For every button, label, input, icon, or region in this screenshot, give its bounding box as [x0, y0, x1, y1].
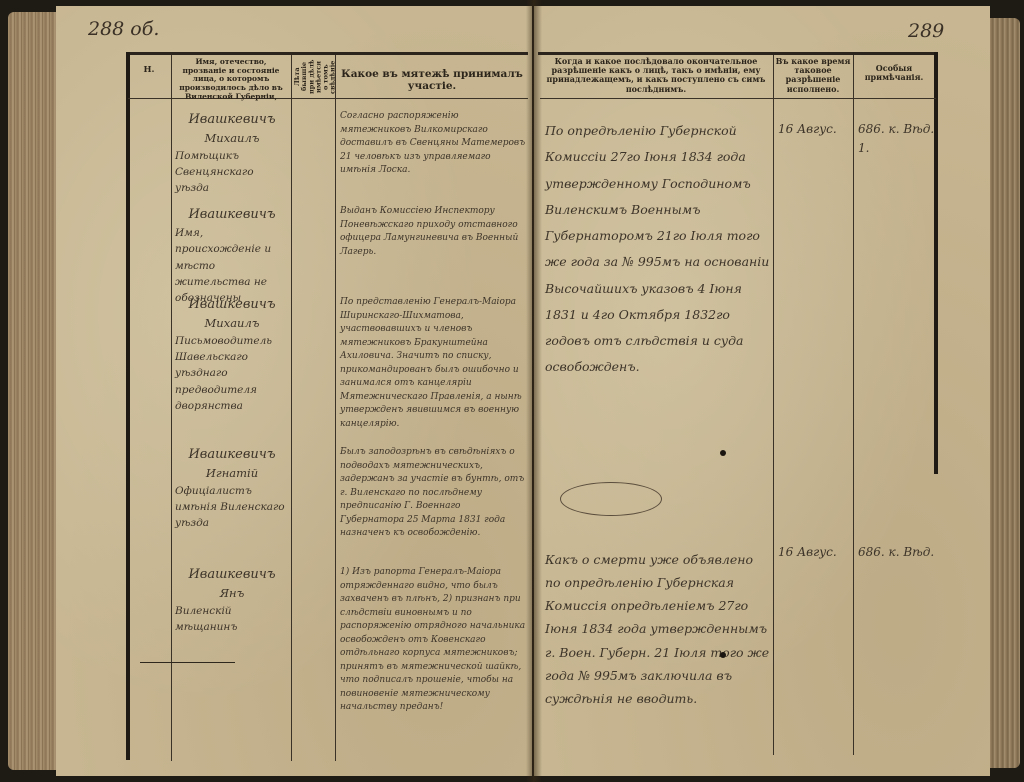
entry-2-surname: Ивашкевичъ	[175, 205, 289, 225]
header-number: Н.	[130, 66, 168, 76]
entry-5-surname: Ивашкевичъ	[175, 565, 289, 585]
right-table-top-rule	[538, 52, 938, 55]
header-resolution: Когда и какое послѣдовало окончательное …	[540, 57, 772, 94]
left-col-divider-2	[291, 55, 292, 761]
right-col-divider-1	[773, 55, 774, 755]
header-executed: Въ какое время таковое разрѣшеніе исполн…	[775, 57, 851, 94]
notes-entry-2: 686. к. Вѣд.	[858, 543, 948, 562]
entry-1-status: Помѣщикъ Свенцянскаго уѣзда	[175, 150, 254, 195]
header-age: Лѣта бывшіе при дѣлѣ имѣется о томъ свѣд…	[294, 58, 332, 96]
ink-blot	[720, 450, 726, 456]
header-participation: Какое въ мятежѣ принималъ участіе.	[338, 68, 526, 92]
entry-4-given-name: Игнатій	[175, 465, 289, 483]
executed-entry-2: 16 Авгус.	[778, 543, 852, 562]
right-col-divider-2	[853, 55, 854, 755]
entry-4-participation: Былъ заподозрѣнъ въ свѣдѣніяхъ о подвода…	[340, 446, 526, 541]
entry-2-status: Имя, происхожденіе и мѣсто жительства не…	[175, 227, 271, 304]
entry-5-participation: 1) Изъ рапорта Генералъ-Маіора отряжденн…	[340, 566, 526, 715]
entry-5-underline-stroke	[140, 662, 235, 663]
entry-4-status: Офиціалистъ имѣнія Виленскаго уѣзда	[175, 485, 285, 530]
ink-blot-2	[720, 652, 726, 658]
entry-2-participation: Выданъ Комиссіею Инспектору Поневѣжскаго…	[340, 205, 526, 259]
book-gutter	[526, 0, 542, 782]
left-table-outer-rule	[126, 52, 130, 760]
notes-entry-1: 686. к. Вѣд. 1.	[858, 120, 948, 157]
closing-flourish	[560, 482, 662, 516]
entry-3-given-name: Михаилъ	[175, 315, 289, 333]
entry-3-person: Ивашкевичъ Михаилъ Письмоводитель Шавель…	[175, 295, 289, 414]
page-stack-right	[990, 18, 1020, 768]
entry-3-status: Письмоводитель Шавельскаго уѣзднаго пред…	[175, 335, 272, 412]
page-stack-left	[8, 12, 62, 770]
resolution-entry-2: Какъ о смерти уже объявлено по опредѣлен…	[545, 548, 770, 710]
entry-1-participation: Согласно распоряженію мятежниковъ Вилком…	[340, 110, 526, 178]
resolution-entry-1: По опредѣленію Губернской Комиссіи 27го …	[545, 118, 770, 381]
entry-1-surname: Ивашкевичъ	[175, 110, 289, 130]
entry-4-surname: Ивашкевичъ	[175, 445, 289, 465]
header-notes: Особыя примѣчанія.	[855, 64, 933, 82]
entry-3-surname: Ивашкевичъ	[175, 295, 289, 315]
header-name-status: Имя, отечество, прозваніе и состояніе ли…	[173, 58, 289, 101]
entry-1-given-name: Михаилъ	[175, 130, 289, 148]
right-folio-number: 289	[908, 20, 944, 42]
left-table-top-rule	[126, 52, 528, 55]
left-folio-number: 288 об.	[88, 18, 159, 40]
left-col-divider-1	[171, 55, 172, 761]
right-table-outer-rule	[934, 52, 938, 474]
entry-3-participation: По представленію Генералъ-Маіора Ширинск…	[340, 296, 526, 431]
entry-1-person: Ивашкевичъ Михаилъ Помѣщикъ Свенцянскаго…	[175, 110, 289, 197]
left-col-divider-3	[335, 55, 336, 761]
entry-4-person: Ивашкевичъ Игнатій Офиціалистъ имѣнія Ви…	[175, 445, 289, 532]
entry-5-status: Виленскій мѣщанинъ	[175, 605, 237, 633]
book-spread: 288 об. Н. Имя, отечество, прозваніе и с…	[0, 0, 1024, 782]
entry-5-given-name: Янъ	[175, 585, 289, 603]
right-header-bottom-rule	[540, 98, 936, 99]
entry-2-person: Ивашкевичъ Имя, происхожденіе и мѣсто жи…	[175, 205, 289, 306]
executed-entry-1: 16 Авгус.	[778, 120, 852, 139]
entry-5-person: Ивашкевичъ Янъ Виленскій мѣщанинъ	[175, 565, 289, 635]
